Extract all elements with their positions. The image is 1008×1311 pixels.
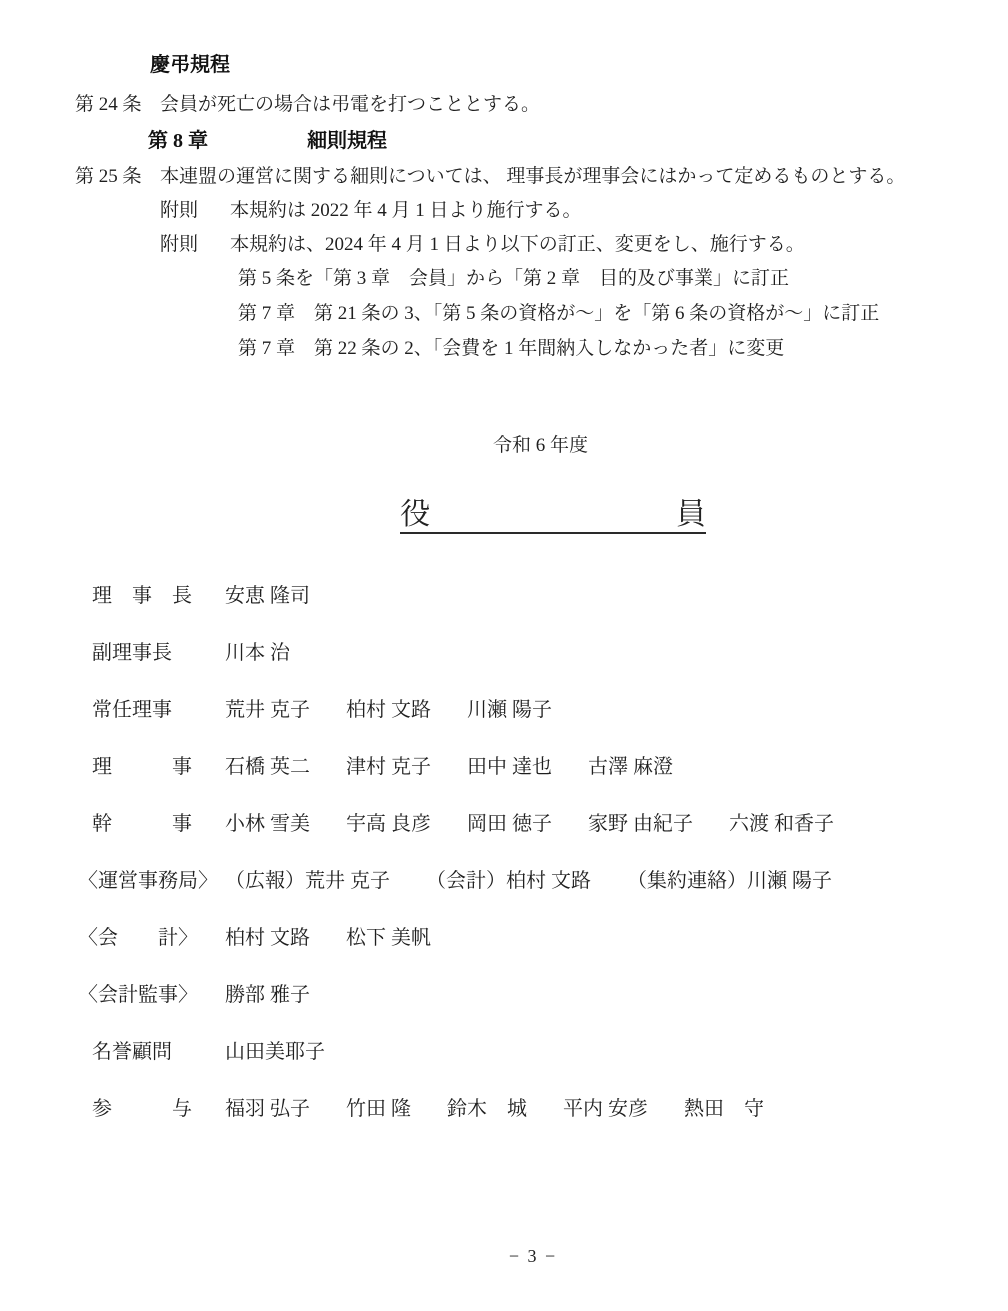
- article-24-label: 第 24 条: [75, 93, 160, 117]
- officer-names: 石橋 英二津村 克子田中 達也古澤 麻澄: [225, 755, 673, 779]
- officer-name: 家野 由紀子: [588, 812, 693, 836]
- officers-title: 役 員: [400, 499, 706, 534]
- amendment-3-line: 第 7 章 第 22 条の 2、「会費を 1 年間納入しなかった者」に変更: [238, 337, 784, 361]
- officer-role: 理 事 長: [0, 584, 225, 608]
- officer-name: 古澤 麻澄: [588, 755, 673, 779]
- officer-name: 小林 雪美: [225, 812, 310, 836]
- officer-role: 〈会 計〉: [0, 926, 225, 950]
- officer-name: 六渡 和香子: [729, 812, 834, 836]
- keicho-heading: 慶弔規程: [150, 53, 230, 77]
- officer-name: 熱田 守: [684, 1097, 764, 1121]
- officer-names: 荒井 克子柏村 文路川瀬 陽子: [225, 698, 552, 722]
- page-number: − 3 −: [0, 1246, 1008, 1267]
- chapter-8-label: 第 8 章: [148, 129, 307, 153]
- officer-name: 勝部 雅子: [225, 983, 310, 1007]
- officer-names: 勝部 雅子: [225, 983, 310, 1007]
- officer-names: 川本 治: [225, 641, 290, 665]
- officer-role: 〈会計監事〉: [0, 983, 225, 1007]
- amendment-1-line: 第 5 条を「第 3 章 会員」から「第 2 章 目的及び事業」に訂正: [238, 267, 789, 291]
- officer-name: （集約連絡）川瀬 陽子: [627, 869, 832, 893]
- supplement-2-text: 本規約は、2024 年 4 月 1 日より以下の訂正、変更をし、施行する。: [230, 234, 805, 255]
- officer-name: 津村 克子: [346, 755, 431, 779]
- officer-name: 岡田 徳子: [467, 812, 552, 836]
- officer-row: 名誉顧問 山田美耶子: [0, 1040, 1008, 1097]
- officer-row: 理 事 石橋 英二津村 克子田中 達也古澤 麻澄: [0, 755, 1008, 812]
- officer-role: 理 事: [0, 755, 225, 779]
- article-25-label: 第 25 条: [75, 165, 160, 189]
- officer-name: 松下 美帆: [346, 926, 431, 950]
- officer-name: （会計）柏村 文路: [426, 869, 591, 893]
- officer-names: （広報）荒井 克子（会計）柏村 文路（集約連絡）川瀬 陽子: [225, 869, 832, 893]
- officer-role: 名誉顧問: [0, 1040, 225, 1064]
- officer-row: 副理事長 川本 治: [0, 641, 1008, 698]
- supplement-2-label: 附則: [160, 233, 230, 257]
- officer-role: 副理事長: [0, 641, 225, 665]
- chapter-8-title: 細則規程: [307, 130, 387, 152]
- officer-role: 幹 事: [0, 812, 225, 836]
- article-25-line: 第 25 条本連盟の運営に関する細則については、 理事長が理事会にはかって定める…: [75, 165, 905, 189]
- officer-name: 川瀬 陽子: [467, 698, 552, 722]
- officer-row: 理 事 長 安恵 隆司: [0, 584, 1008, 641]
- officer-name: 川本 治: [225, 641, 290, 665]
- supplement-2-line: 附則本規約は、2024 年 4 月 1 日より以下の訂正、変更をし、施行する。: [160, 233, 805, 257]
- officer-names: 小林 雪美宇高 良彦岡田 徳子家野 由紀子六渡 和香子: [225, 812, 834, 836]
- document-page: 慶弔規程 第 24 条会員が死亡の場合は弔電を打つこととする。 第 8 章細則規…: [0, 0, 1008, 1311]
- officer-row: 幹 事 小林 雪美宇高 良彦岡田 徳子家野 由紀子六渡 和香子: [0, 812, 1008, 869]
- officer-role: 〈運営事務局〉: [0, 869, 225, 893]
- officer-name: 安恵 隆司: [225, 584, 310, 608]
- officer-role: 参 与: [0, 1097, 225, 1121]
- officer-name: 平内 安彦: [563, 1097, 648, 1121]
- officer-names: 山田美耶子: [225, 1040, 325, 1064]
- article-24-text: 会員が死亡の場合は弔電を打つこととする。: [160, 94, 540, 115]
- supplement-1-line: 附則本規約は 2022 年 4 月 1 日より施行する。: [160, 199, 582, 223]
- officers-title-left: 役: [400, 499, 430, 531]
- officer-row: 常任理事 荒井 克子柏村 文路川瀬 陽子: [0, 698, 1008, 755]
- officer-name: 田中 達也: [467, 755, 552, 779]
- amendment-2-line: 第 7 章 第 21 条の 3、「第 5 条の資格が～」を「第 6 条の資格が～…: [238, 302, 879, 326]
- officer-names: 柏村 文路松下 美帆: [225, 926, 431, 950]
- supplement-1-label: 附則: [160, 199, 230, 223]
- officers-title-right: 員: [676, 499, 706, 531]
- officer-name: 柏村 文路: [346, 698, 431, 722]
- officer-name: 山田美耶子: [225, 1040, 325, 1064]
- officer-row: 〈会 計〉 柏村 文路松下 美帆: [0, 926, 1008, 983]
- officer-row: 〈運営事務局〉 （広報）荒井 克子（会計）柏村 文路（集約連絡）川瀬 陽子: [0, 869, 1008, 926]
- officer-name: 荒井 克子: [225, 698, 310, 722]
- officer-list: 理 事 長 安恵 隆司 副理事長 川本 治 常任理事 荒井 克子柏村 文路川瀬 …: [0, 584, 1008, 1154]
- officer-name: （広報）荒井 克子: [225, 869, 390, 893]
- officer-row: 参 与 福羽 弘子竹田 隆鈴木 城平内 安彦熱田 守: [0, 1097, 1008, 1154]
- officer-name: 福羽 弘子: [225, 1097, 310, 1121]
- officer-row: 〈会計監事〉 勝部 雅子: [0, 983, 1008, 1040]
- officer-role: 常任理事: [0, 698, 225, 722]
- officer-name: 石橋 英二: [225, 755, 310, 779]
- officer-names: 安恵 隆司: [225, 584, 310, 608]
- officer-name: 竹田 隆: [346, 1097, 411, 1121]
- chapter-8-line: 第 8 章細則規程: [148, 129, 387, 154]
- officer-name: 柏村 文路: [225, 926, 310, 950]
- article-24-line: 第 24 条会員が死亡の場合は弔電を打つこととする。: [75, 93, 540, 117]
- officer-name: 鈴木 城: [447, 1097, 527, 1121]
- article-25-text: 本連盟の運営に関する細則については、 理事長が理事会にはかって定めるものとする。: [160, 166, 905, 187]
- fiscal-year: 令和 6 年度: [493, 430, 588, 457]
- officer-names: 福羽 弘子竹田 隆鈴木 城平内 安彦熱田 守: [225, 1097, 764, 1121]
- supplement-1-text: 本規約は 2022 年 4 月 1 日より施行する。: [230, 200, 582, 221]
- officer-name: 宇高 良彦: [346, 812, 431, 836]
